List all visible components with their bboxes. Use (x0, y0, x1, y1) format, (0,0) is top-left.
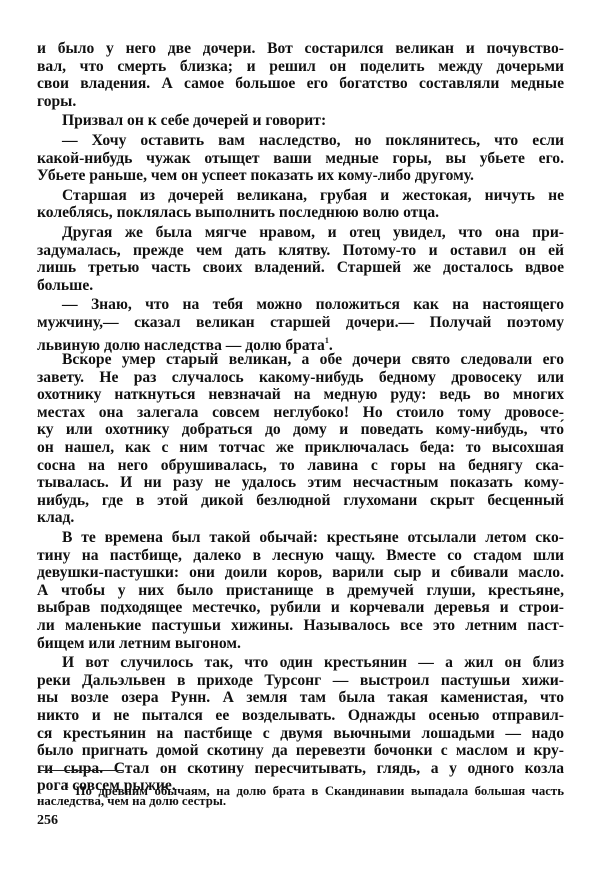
text-line: львиную долю наследства — долю брата1. (37, 332, 564, 350)
text-line: свои владения. А самое большое его богат… (37, 75, 564, 93)
text-line: Другая же была мягче нравом, и отец увид… (37, 224, 564, 242)
text-line: задумалась, прежде чем дать клятву. Пото… (37, 242, 564, 260)
text-line: — Хочу оставить вам наследство, но покля… (37, 132, 564, 150)
footnote-reference[interactable]: 1 (325, 336, 329, 345)
text-line: бищем или летним выгоном. (37, 635, 564, 653)
text-line: нибудь, где в этой дикой безлюдной глухо… (37, 492, 564, 510)
text-line: горы. (37, 93, 564, 111)
text-line: выбрав подходящее местечко, рубили и кор… (37, 599, 564, 617)
text-line: сосна на него обрушивалась, то лавина с … (37, 457, 564, 475)
text-line: охотнику наткнуться невзначай на медную … (37, 386, 564, 404)
paragraph: и было у него две дочери. Вот состарился… (37, 40, 564, 110)
paragraph: — Знаю, что на тебя можно положиться как… (37, 296, 564, 349)
text-line: больше. (37, 277, 564, 295)
paragraph: Вскоре умер старый великан, а обе дочери… (37, 351, 564, 527)
text-line: ги сыра. Стал он скотину пересчитывать, … (37, 760, 564, 778)
text-line: И вот случилось так, что один крестьянин… (37, 654, 564, 672)
text-line: Убьете раньше, чем он успеет показать их… (37, 167, 564, 185)
text-line: В те времена был такой обычай: крестьяне… (37, 529, 564, 547)
page-number: 256 (37, 813, 58, 829)
paragraph: Призвал он к себе дочерей и говорит: (37, 112, 564, 130)
text-line: клад. (37, 509, 564, 527)
footnote-line: 1 По древним обычаям, на долю брата в Ск… (37, 779, 564, 794)
paragraph: И вот случилось так, что один крестьянин… (37, 654, 564, 795)
text-line: Призвал он к себе дочерей и говорит: (37, 112, 564, 130)
text-line: завету. Не раз случалось какому-нибудь б… (37, 369, 564, 387)
text-line: он нашел, как с ним тотчас же приключала… (37, 439, 564, 457)
text-line: ли маленькие пастушьи хижины. Называлось… (37, 617, 564, 635)
text-line: колеблясь, поклялась выполнить последнюю… (37, 204, 564, 222)
text-line: какой-нибудь чужак отыщет ваши медные го… (37, 150, 564, 168)
text-line: было пригнать домой скотину да перевезти… (37, 742, 564, 760)
text-line: тывалась. И ни разу не удалось этим несч… (37, 474, 564, 492)
text-line: Вскоре умер старый великан, а обе дочери… (37, 351, 564, 369)
text-line: А чтобы у них было пристанище в дремучей… (37, 582, 564, 600)
paragraph: Старшая из дочерей великана, грубая и же… (37, 187, 564, 222)
text-line: местах она залегала совсем неглубоко! Но… (37, 404, 564, 422)
text-line: ся крестьянин на пастбище с двумя вьючны… (37, 725, 564, 743)
paragraph: В те времена был такой обычай: крестьяне… (37, 529, 564, 652)
text-line: никто и не пытался ее возделывать. Однаж… (37, 707, 564, 725)
text-line: ку или охотнику добраться до дому и пове… (37, 421, 564, 439)
paragraph: — Хочу оставить вам наследство, но покля… (37, 132, 564, 185)
paragraph: Другая же была мягче нравом, и отец увид… (37, 224, 564, 294)
text-line: тину на пастбище, далеко в лесную чащу. … (37, 547, 564, 565)
text-line: ны возле озера Рунн. А земля там была та… (37, 689, 564, 707)
text-line: и было у него две дочери. Вот состарился… (37, 40, 564, 58)
text-line: мужчину,— сказал великан старшей дочери.… (37, 314, 564, 332)
text-line: лишь третью часть своих владений. Старше… (37, 259, 564, 277)
text-line: вал, что смерть близка; и решил он подел… (37, 58, 564, 76)
text-line: девушки-пастушки: они доили коров, варил… (37, 564, 564, 582)
text-line: Старшая из дочерей великана, грубая и же… (37, 187, 564, 205)
footnote-separator (39, 770, 123, 771)
text-line: реки Дальэльвен в приходе Турсонг — выст… (37, 672, 564, 690)
text-line: — Знаю, что на тебя можно положиться как… (37, 296, 564, 314)
footnote-marker: 1 (65, 781, 69, 790)
footnote: 1 По древним обычаям, на долю брата в Ск… (37, 779, 564, 808)
page-body: и было у него две дочери. Вот состарился… (37, 40, 564, 795)
